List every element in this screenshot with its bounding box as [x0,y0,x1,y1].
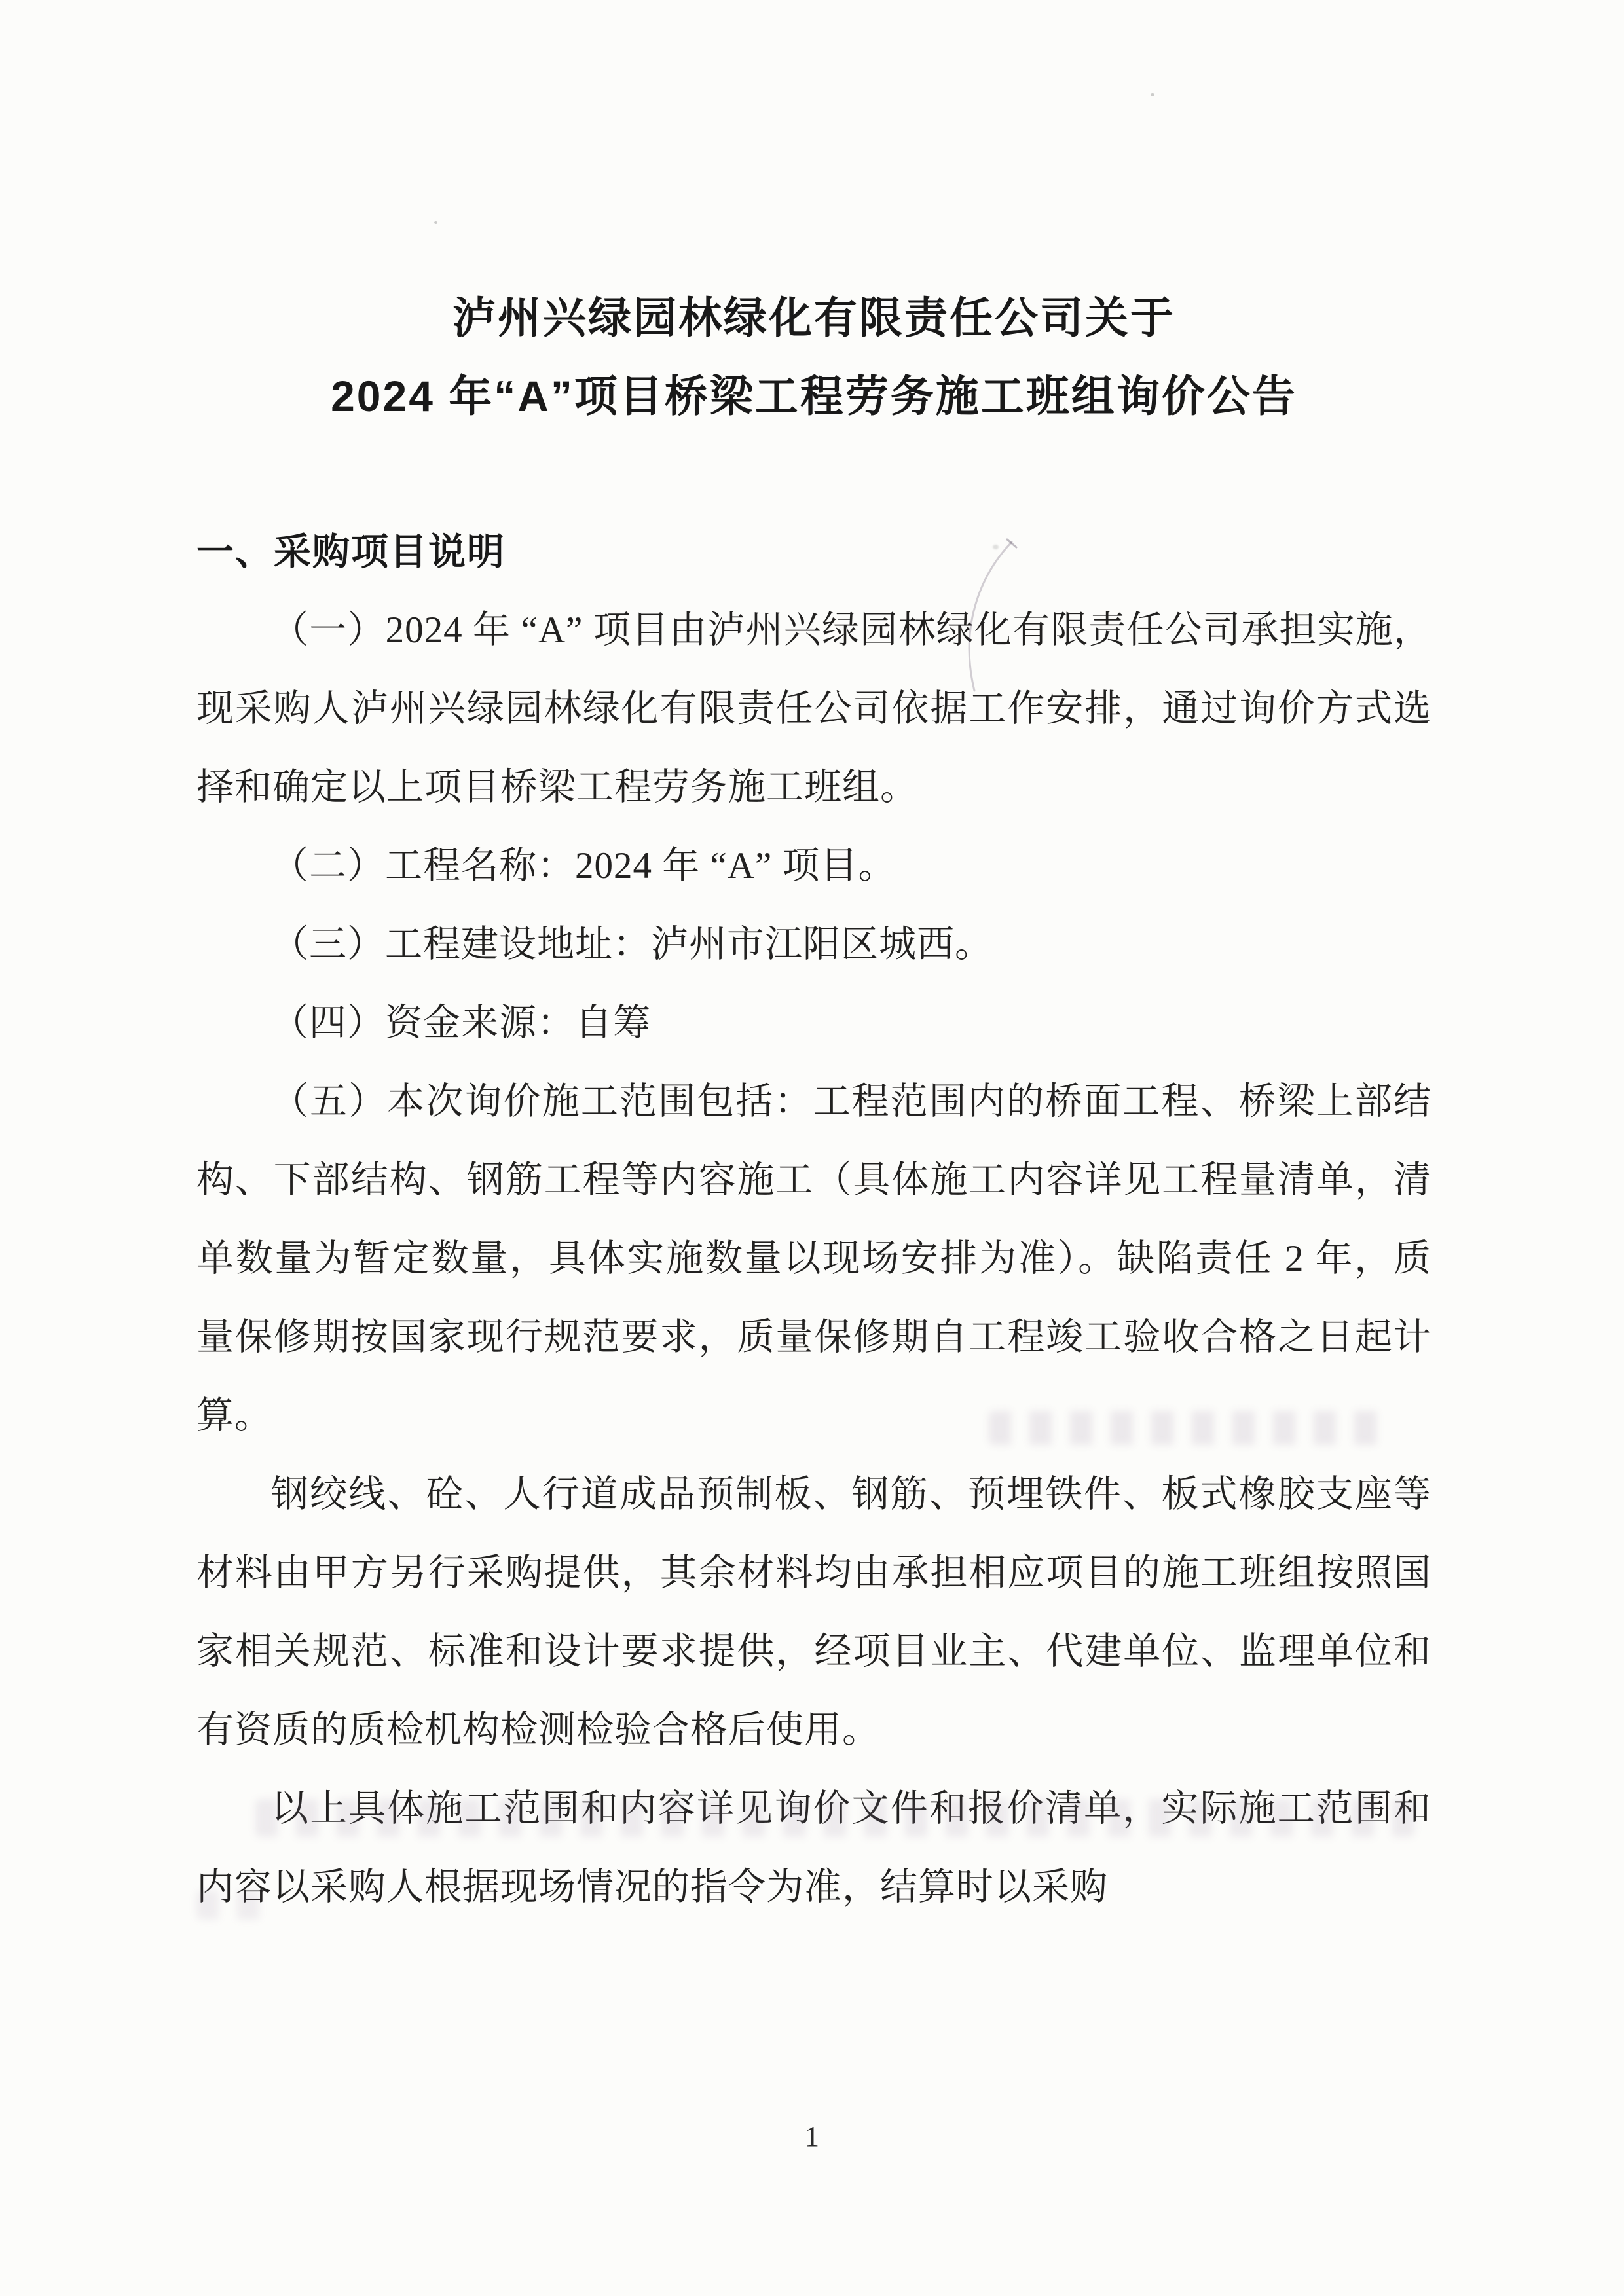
section-heading: 一、采购项目说明 [196,513,1431,591]
page-number: 1 [0,2120,1624,2153]
scan-speck-artifact [1151,93,1154,96]
paragraph-4: （四）资金来源：自筹 [196,984,1431,1063]
page-content: 泸州兴绿园林绿化有限责任公司关于 2024 年“A”项目桥梁工程劳务施工班组询价… [196,278,1431,1927]
document-title: 泸州兴绿园林绿化有限责任公司关于 2024 年“A”项目桥梁工程劳务施工班组询价… [196,278,1431,435]
document-page: 泸州兴绿园林绿化有限责任公司关于 2024 年“A”项目桥梁工程劳务施工班组询价… [0,0,1624,2296]
scan-speck-artifact [434,221,437,224]
paragraph-7: 以上具体施工范围和内容详见询价文件和报价清单，实际施工范围和内容以采购人根据现场… [196,1770,1431,1927]
paragraph-5: （五）本次询价施工范围包括：工程范围内的桥面工程、桥梁上部结构、下部结构、钢筋工… [196,1063,1431,1455]
paragraph-2: （二）工程名称：2024 年 “A” 项目。 [196,827,1431,905]
paragraph-1: （一）2024 年 “A” 项目由泸州兴绿园林绿化有限责任公司承担实施，现采购人… [196,591,1431,827]
paragraph-6: 钢绞线、砼、人行道成品预制板、钢筋、预埋铁件、板式橡胶支座等材料由甲方另行采购提… [196,1455,1431,1770]
document-title-line-2: 2024 年“A”项目桥梁工程劳务施工班组询价公告 [196,357,1431,435]
paragraph-3: （三）工程建设地址：泸州市江阳区城西。 [196,905,1431,984]
body-text: （一）2024 年 “A” 项目由泸州兴绿园林绿化有限责任公司承担实施，现采购人… [196,591,1431,1927]
document-title-line-1: 泸州兴绿园林绿化有限责任公司关于 [196,278,1431,357]
